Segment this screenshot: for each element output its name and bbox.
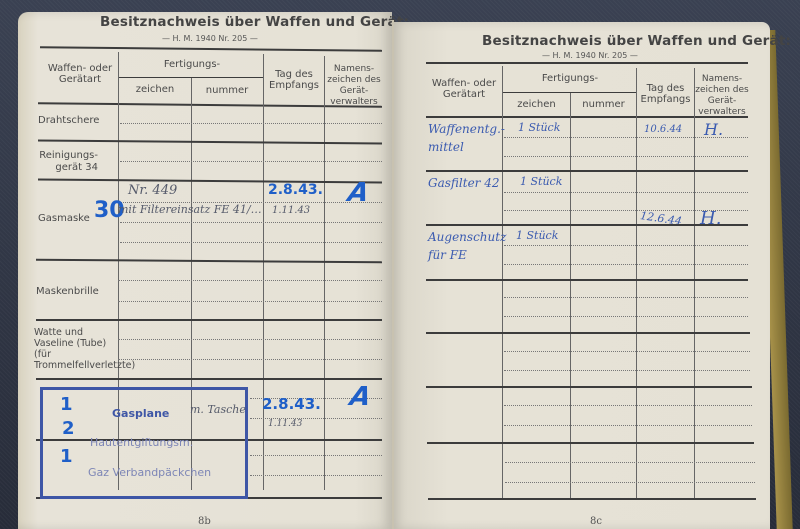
left-col-divider bbox=[263, 54, 264, 490]
left-header-fertigung: Fertigungs- bbox=[120, 59, 264, 70]
dotted-line bbox=[504, 316, 748, 317]
dotted-line bbox=[118, 280, 382, 281]
page-number: 8c bbox=[590, 516, 602, 527]
dotted-line bbox=[504, 210, 748, 211]
dotted-line bbox=[118, 339, 382, 340]
row-divider bbox=[426, 386, 752, 388]
dotted-line bbox=[504, 297, 748, 298]
stamp-count: 2 bbox=[62, 418, 75, 439]
row-divider bbox=[426, 279, 748, 281]
dotted-line bbox=[120, 242, 382, 243]
left-header-type: Waffen- oder Gerätart bbox=[42, 63, 118, 85]
dotted-line bbox=[504, 425, 752, 426]
right-col-divider bbox=[636, 68, 637, 498]
row-divider bbox=[36, 378, 382, 380]
handwritten-date: 1.11.43 bbox=[272, 205, 310, 216]
row-divider bbox=[427, 442, 754, 444]
handwritten-filter: mit Filtereinsatz FE 41/… bbox=[118, 203, 262, 216]
dotted-line bbox=[120, 222, 382, 223]
dotted-line bbox=[504, 137, 748, 138]
right-header-nummer: nummer bbox=[571, 99, 636, 110]
handwritten-date: 2.8.43. bbox=[268, 182, 323, 198]
row-label: Drahtschere bbox=[38, 115, 99, 127]
left-col-divider bbox=[324, 56, 325, 490]
handwritten-note: m. Tasche bbox=[190, 403, 246, 416]
left-header-nummer: nummer bbox=[192, 85, 262, 96]
handwritten-quantity: 1 Stück bbox=[520, 175, 562, 188]
row-label: Reinigungs- gerät 34 bbox=[38, 150, 98, 174]
handwritten-serial: Nr. 449 bbox=[128, 183, 177, 198]
dotted-line bbox=[505, 462, 755, 463]
stamp-count: 1 bbox=[60, 394, 73, 415]
dotted-line bbox=[120, 161, 382, 162]
dotted-line bbox=[504, 370, 750, 371]
dotted-line bbox=[118, 301, 382, 302]
handwritten-item: Augenschutz für FE bbox=[428, 228, 500, 264]
row-divider bbox=[428, 498, 756, 500]
right-header-type: Waffen- oder Gerätart bbox=[426, 78, 502, 100]
row-label: Watte und Vaseline (Tube) (für Trommelfe… bbox=[34, 327, 116, 371]
right-header-zeichen: zeichen bbox=[503, 99, 570, 110]
dotted-line bbox=[120, 123, 382, 124]
row-label: Gasmaske bbox=[38, 213, 90, 225]
handwritten-date: 10.6.44 bbox=[644, 124, 682, 135]
dotted-line bbox=[504, 245, 748, 246]
right-page-title: Besitznachweis über Waffen und Gerät: bbox=[482, 33, 791, 49]
page-number: 8b bbox=[198, 516, 211, 527]
right-col-divider bbox=[570, 93, 571, 498]
row-divider bbox=[426, 224, 748, 226]
left-page-title: Besitznachweis über Waffen und Gerät: bbox=[100, 14, 409, 30]
dotted-line bbox=[504, 156, 748, 157]
left-header-signature: Namens- zeichen des Gerät- verwalters bbox=[326, 64, 382, 108]
right-header-top-rule bbox=[426, 62, 748, 64]
right-header-date: Tag des Empfangs bbox=[637, 83, 694, 105]
handwritten-item: Gasfilter 42 bbox=[428, 174, 500, 192]
dotted-line bbox=[504, 192, 748, 193]
dotted-line bbox=[504, 405, 752, 406]
row-label: Maskenbrille bbox=[36, 286, 99, 298]
handwritten-quantity: 1 Stück bbox=[518, 121, 560, 134]
right-col-divider bbox=[694, 68, 695, 498]
stamp-item-gasplane: Gasplane bbox=[112, 407, 169, 420]
stamp-item-decontaminant: Hautentgiftungsm. bbox=[90, 436, 193, 449]
left-page-subtitle: — H. M. 1940 Nr. 205 — bbox=[162, 34, 258, 43]
dotted-line bbox=[250, 475, 382, 476]
dotted-line bbox=[504, 264, 748, 265]
handwritten-quantity: 1 Stück bbox=[516, 229, 558, 242]
stamp-count: 1 bbox=[60, 446, 73, 467]
stamp-item-bandage: Gaz Verbandpäckchen bbox=[88, 466, 211, 479]
row-divider bbox=[426, 170, 748, 172]
handwritten-date: 2.8.43. bbox=[262, 395, 321, 413]
dotted-line bbox=[504, 351, 750, 352]
left-header-zeichen: zeichen bbox=[120, 84, 190, 95]
page-fold bbox=[392, 20, 394, 529]
row-divider bbox=[36, 319, 382, 321]
left-header-date: Tag des Empfangs bbox=[264, 69, 324, 91]
dotted-line bbox=[250, 455, 382, 456]
right-header-fertigung: Fertigungs- bbox=[503, 73, 637, 84]
right-page-subtitle: — H. M. 1940 Nr. 205 — bbox=[542, 51, 638, 60]
dotted-line bbox=[118, 359, 382, 360]
handwritten-date: 1.11.43 bbox=[268, 419, 302, 429]
handwritten-item: Waffenentg.- mittel bbox=[428, 120, 500, 156]
row-divider bbox=[426, 332, 750, 334]
dotted-line bbox=[505, 482, 755, 483]
right-header-signature: Namens- zeichen des Gerät- verwalters bbox=[695, 74, 749, 118]
